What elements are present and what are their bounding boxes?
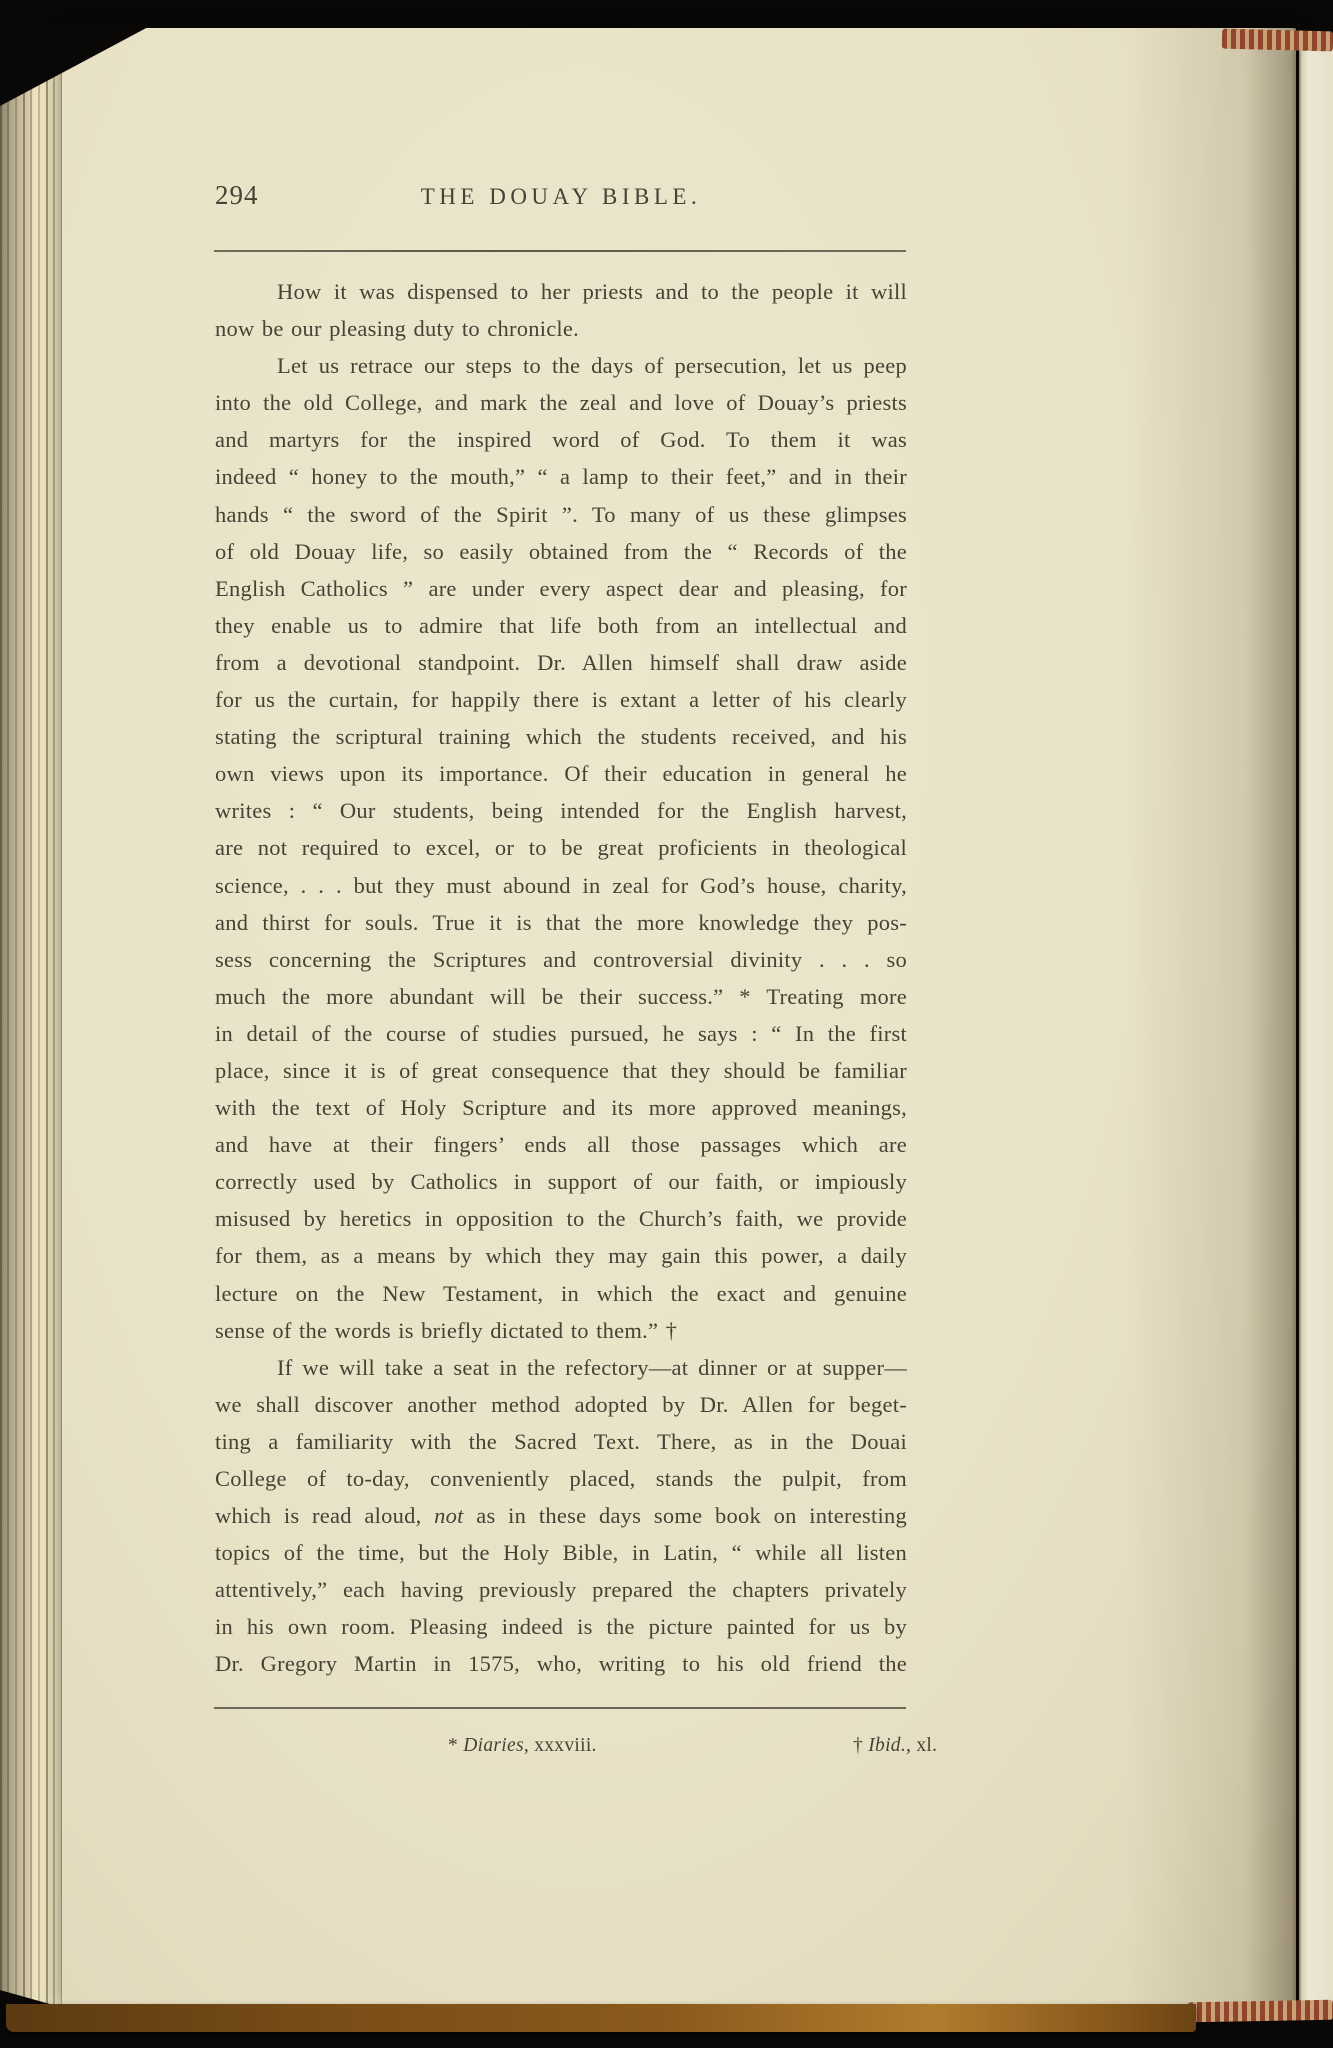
body-line: indeed “ honey to the mouth,” “ a lamp t…	[215, 458, 907, 495]
body-line: topics of the time, but the Holy Bible, …	[215, 1534, 907, 1571]
body-line: correctly used by Catholics in support o…	[215, 1163, 907, 1200]
body-line: are not required to excel, or to be grea…	[215, 829, 907, 866]
body-text: How it was dispensed to her priests and …	[215, 273, 907, 1683]
body-line: much the more abundant will be their suc…	[215, 978, 907, 1015]
footnote-ref: , xl.	[906, 1735, 937, 1756]
body-line: and have at their fingers’ ends all thos…	[215, 1126, 907, 1163]
endband-top	[1222, 29, 1333, 52]
facing-page-sliver	[1299, 40, 1333, 2005]
body-line: and thirst for souls. True it is that th…	[215, 904, 907, 941]
header-rule	[214, 250, 906, 252]
body-line: place, since it is of great consequence …	[215, 1052, 907, 1089]
body-line: misused by heretics in opposition to the…	[215, 1200, 907, 1237]
footnote-title: Ibid.	[868, 1735, 906, 1756]
body-line: from a devotional standpoint. Dr. Allen …	[215, 644, 907, 681]
footnote-title: Diaries	[463, 1735, 524, 1756]
running-header: THE DOUAY BIBLE.	[215, 184, 907, 210]
footnote-marker: *	[448, 1735, 463, 1756]
cover-edge	[6, 2004, 1196, 2032]
body-line: stating the scriptural training which th…	[215, 718, 907, 755]
body-line: for us the curtain, for happily there is…	[215, 681, 907, 718]
body-line: which is read aloud, not as in these day…	[215, 1497, 907, 1534]
body-line: English Catholics ” are under every aspe…	[215, 570, 907, 607]
body-line: in detail of the course of studies pursu…	[215, 1015, 907, 1052]
body-line: into the old College, and mark the zeal …	[215, 384, 907, 421]
body-line: and martyrs for the inspired word of God…	[215, 421, 907, 458]
page-fore-edges	[0, 36, 64, 2008]
body-line: writes : “ Our students, being intended …	[215, 792, 907, 829]
body-line: they enable us to admire that life both …	[215, 607, 907, 644]
body-line: hands “ the sword of the Spirit ”. To ma…	[215, 496, 907, 533]
endband-bottom	[1188, 2000, 1333, 2023]
body-line: If we will take a seat in the refectory—…	[215, 1349, 907, 1386]
body-line: ting a familiarity with the Sacred Text.…	[215, 1423, 907, 1460]
body-line: of old Douay life, so easily obtained fr…	[215, 533, 907, 570]
body-line: lecture on the New Testament, in which t…	[215, 1275, 907, 1312]
body-line: for them, as a means by which they may g…	[215, 1237, 907, 1274]
body-line: with the text of Holy Scripture and its …	[215, 1089, 907, 1126]
body-line: we shall discover another method adopted…	[215, 1386, 907, 1423]
footnote-marker: †	[853, 1735, 868, 1756]
body-line: How it was dispensed to her priests and …	[215, 273, 907, 310]
body-line: Let us retrace our steps to the days of …	[215, 347, 907, 384]
body-line: now be our pleasing duty to chronicle.	[215, 310, 907, 347]
footnote-rule	[214, 1707, 906, 1709]
body-line: in his own room. Pleasing indeed is the …	[215, 1608, 907, 1645]
footnote-1: * Diaries, xxxviii.	[448, 1735, 597, 1757]
body-line: sense of the words is briefly dictated t…	[215, 1312, 907, 1349]
body-line: Dr. Gregory Martin in 1575, who, writing…	[215, 1645, 907, 1682]
body-line: science, . . . but they must abound in z…	[215, 867, 907, 904]
footnote-ref: , xxxviii.	[524, 1735, 597, 1756]
body-line: attentively,” each having previously pre…	[215, 1571, 907, 1608]
body-line: own views upon its importance. Of their …	[215, 755, 907, 792]
body-line: sess concerning the Scriptures and contr…	[215, 941, 907, 978]
footnote-2: † Ibid., xl.	[853, 1735, 937, 1757]
gutter-shadow	[1126, 28, 1296, 2006]
body-line: College of to-day, conveniently placed, …	[215, 1460, 907, 1497]
book-photo: 294 THE DOUAY BIBLE. How it was dispense…	[0, 0, 1333, 2048]
